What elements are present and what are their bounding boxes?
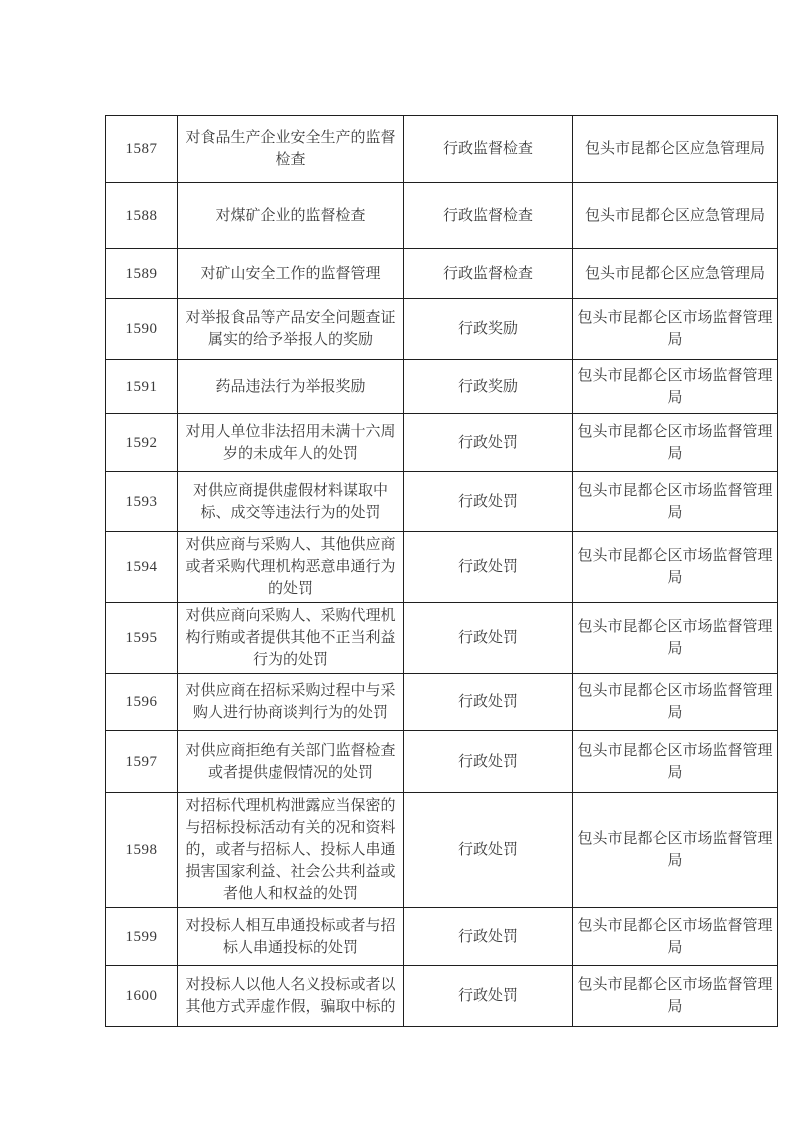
row-number-cell: 1597: [106, 731, 178, 793]
department-cell: 包头市昆都仑区市场监督管理局: [573, 414, 778, 472]
item-name-cell: 对用人单位非法招用未满十六周岁的未成年人的处罚: [178, 414, 404, 472]
type-cell: 行政处罚: [404, 414, 573, 472]
type-cell: 行政处罚: [404, 793, 573, 908]
table-row: 1599 对投标人相互串通投标或者与招标人串通投标的处罚 行政处罚 包头市昆都仑…: [106, 908, 778, 966]
department-cell: 包头市昆都仑区市场监督管理局: [573, 472, 778, 532]
department-cell: 包头市昆都仑区应急管理局: [573, 116, 778, 183]
table-row: 1598 对招标代理机构泄露应当保密的与招标投标活动有关的况和资料的，或者与招标…: [106, 793, 778, 908]
department-cell: 包头市昆都仑区市场监督管理局: [573, 603, 778, 674]
table-row: 1592 对用人单位非法招用未满十六周岁的未成年人的处罚 行政处罚 包头市昆都仑…: [106, 414, 778, 472]
department-cell: 包头市昆都仑区市场监督管理局: [573, 793, 778, 908]
item-name-cell: 对煤矿企业的监督检查: [178, 183, 404, 249]
type-cell: 行政处罚: [404, 908, 573, 966]
type-cell: 行政处罚: [404, 532, 573, 603]
row-number-cell: 1599: [106, 908, 178, 966]
row-number-cell: 1593: [106, 472, 178, 532]
type-cell: 行政处罚: [404, 731, 573, 793]
table-row: 1595 对供应商向采购人、采购代理机构行贿或者提供其他不正当利益行为的处罚 行…: [106, 603, 778, 674]
department-cell: 包头市昆都仑区市场监督管理局: [573, 908, 778, 966]
department-cell: 包头市昆都仑区市场监督管理局: [573, 532, 778, 603]
row-number-cell: 1594: [106, 532, 178, 603]
department-cell: 包头市昆都仑区应急管理局: [573, 183, 778, 249]
row-number-cell: 1592: [106, 414, 178, 472]
type-cell: 行政监督检查: [404, 249, 573, 299]
department-cell: 包头市昆都仑区市场监督管理局: [573, 674, 778, 731]
type-cell: 行政处罚: [404, 472, 573, 532]
row-number-cell: 1595: [106, 603, 178, 674]
row-number-cell: 1587: [106, 116, 178, 183]
department-cell: 包头市昆都仑区市场监督管理局: [573, 966, 778, 1027]
row-number-cell: 1600: [106, 966, 178, 1027]
table-row: 1597 对供应商拒绝有关部门监督检查或者提供虚假情况的处罚 行政处罚 包头市昆…: [106, 731, 778, 793]
row-number-cell: 1589: [106, 249, 178, 299]
type-cell: 行政监督检查: [404, 183, 573, 249]
item-name-cell: 对供应商在招标采购过程中与采购人进行协商谈判行为的处罚: [178, 674, 404, 731]
row-number-cell: 1588: [106, 183, 178, 249]
row-number-cell: 1590: [106, 299, 178, 360]
item-name-cell: 对供应商拒绝有关部门监督检查或者提供虚假情况的处罚: [178, 731, 404, 793]
document-page: 1587 对食品生产企业安全生产的监督检查 行政监督检查 包头市昆都仑区应急管理…: [0, 0, 793, 1122]
type-cell: 行政处罚: [404, 966, 573, 1027]
table-row: 1587 对食品生产企业安全生产的监督检查 行政监督检查 包头市昆都仑区应急管理…: [106, 116, 778, 183]
table-row: 1590 对举报食品等产品安全问题查证属实的给予举报人的奖励 行政奖励 包头市昆…: [106, 299, 778, 360]
department-cell: 包头市昆都仑区应急管理局: [573, 249, 778, 299]
item-name-cell: 对食品生产企业安全生产的监督检查: [178, 116, 404, 183]
item-name-cell: 对供应商向采购人、采购代理机构行贿或者提供其他不正当利益行为的处罚: [178, 603, 404, 674]
row-number-cell: 1596: [106, 674, 178, 731]
item-name-cell: 对投标人以他人名义投标或者以其他方式弄虚作假，骗取中标的: [178, 966, 404, 1027]
type-cell: 行政处罚: [404, 603, 573, 674]
type-cell: 行政监督检查: [404, 116, 573, 183]
item-name-cell: 对供应商与采购人、其他供应商或者采购代理机构恶意串通行为的处罚: [178, 532, 404, 603]
table-row: 1594 对供应商与采购人、其他供应商或者采购代理机构恶意串通行为的处罚 行政处…: [106, 532, 778, 603]
department-cell: 包头市昆都仑区市场监督管理局: [573, 299, 778, 360]
table-row: 1588 对煤矿企业的监督检查 行政监督检查 包头市昆都仑区应急管理局: [106, 183, 778, 249]
admin-items-table: 1587 对食品生产企业安全生产的监督检查 行政监督检查 包头市昆都仑区应急管理…: [105, 115, 778, 1027]
department-cell: 包头市昆都仑区市场监督管理局: [573, 360, 778, 414]
department-cell: 包头市昆都仑区市场监督管理局: [573, 731, 778, 793]
type-cell: 行政处罚: [404, 674, 573, 731]
table-row: 1589 对矿山安全工作的监督管理 行政监督检查 包头市昆都仑区应急管理局: [106, 249, 778, 299]
item-name-cell: 对举报食品等产品安全问题查证属实的给予举报人的奖励: [178, 299, 404, 360]
item-name-cell: 对招标代理机构泄露应当保密的与招标投标活动有关的况和资料的，或者与招标人、投标人…: [178, 793, 404, 908]
item-name-cell: 药品违法行为举报奖励: [178, 360, 404, 414]
row-number-cell: 1598: [106, 793, 178, 908]
table-row: 1591 药品违法行为举报奖励 行政奖励 包头市昆都仑区市场监督管理局: [106, 360, 778, 414]
table-row: 1593 对供应商提供虚假材料谋取中标、成交等违法行为的处罚 行政处罚 包头市昆…: [106, 472, 778, 532]
row-number-cell: 1591: [106, 360, 178, 414]
item-name-cell: 对矿山安全工作的监督管理: [178, 249, 404, 299]
type-cell: 行政奖励: [404, 299, 573, 360]
item-name-cell: 对投标人相互串通投标或者与招标人串通投标的处罚: [178, 908, 404, 966]
item-name-cell: 对供应商提供虚假材料谋取中标、成交等违法行为的处罚: [178, 472, 404, 532]
type-cell: 行政奖励: [404, 360, 573, 414]
table-row: 1600 对投标人以他人名义投标或者以其他方式弄虚作假，骗取中标的 行政处罚 包…: [106, 966, 778, 1027]
table-row: 1596 对供应商在招标采购过程中与采购人进行协商谈判行为的处罚 行政处罚 包头…: [106, 674, 778, 731]
